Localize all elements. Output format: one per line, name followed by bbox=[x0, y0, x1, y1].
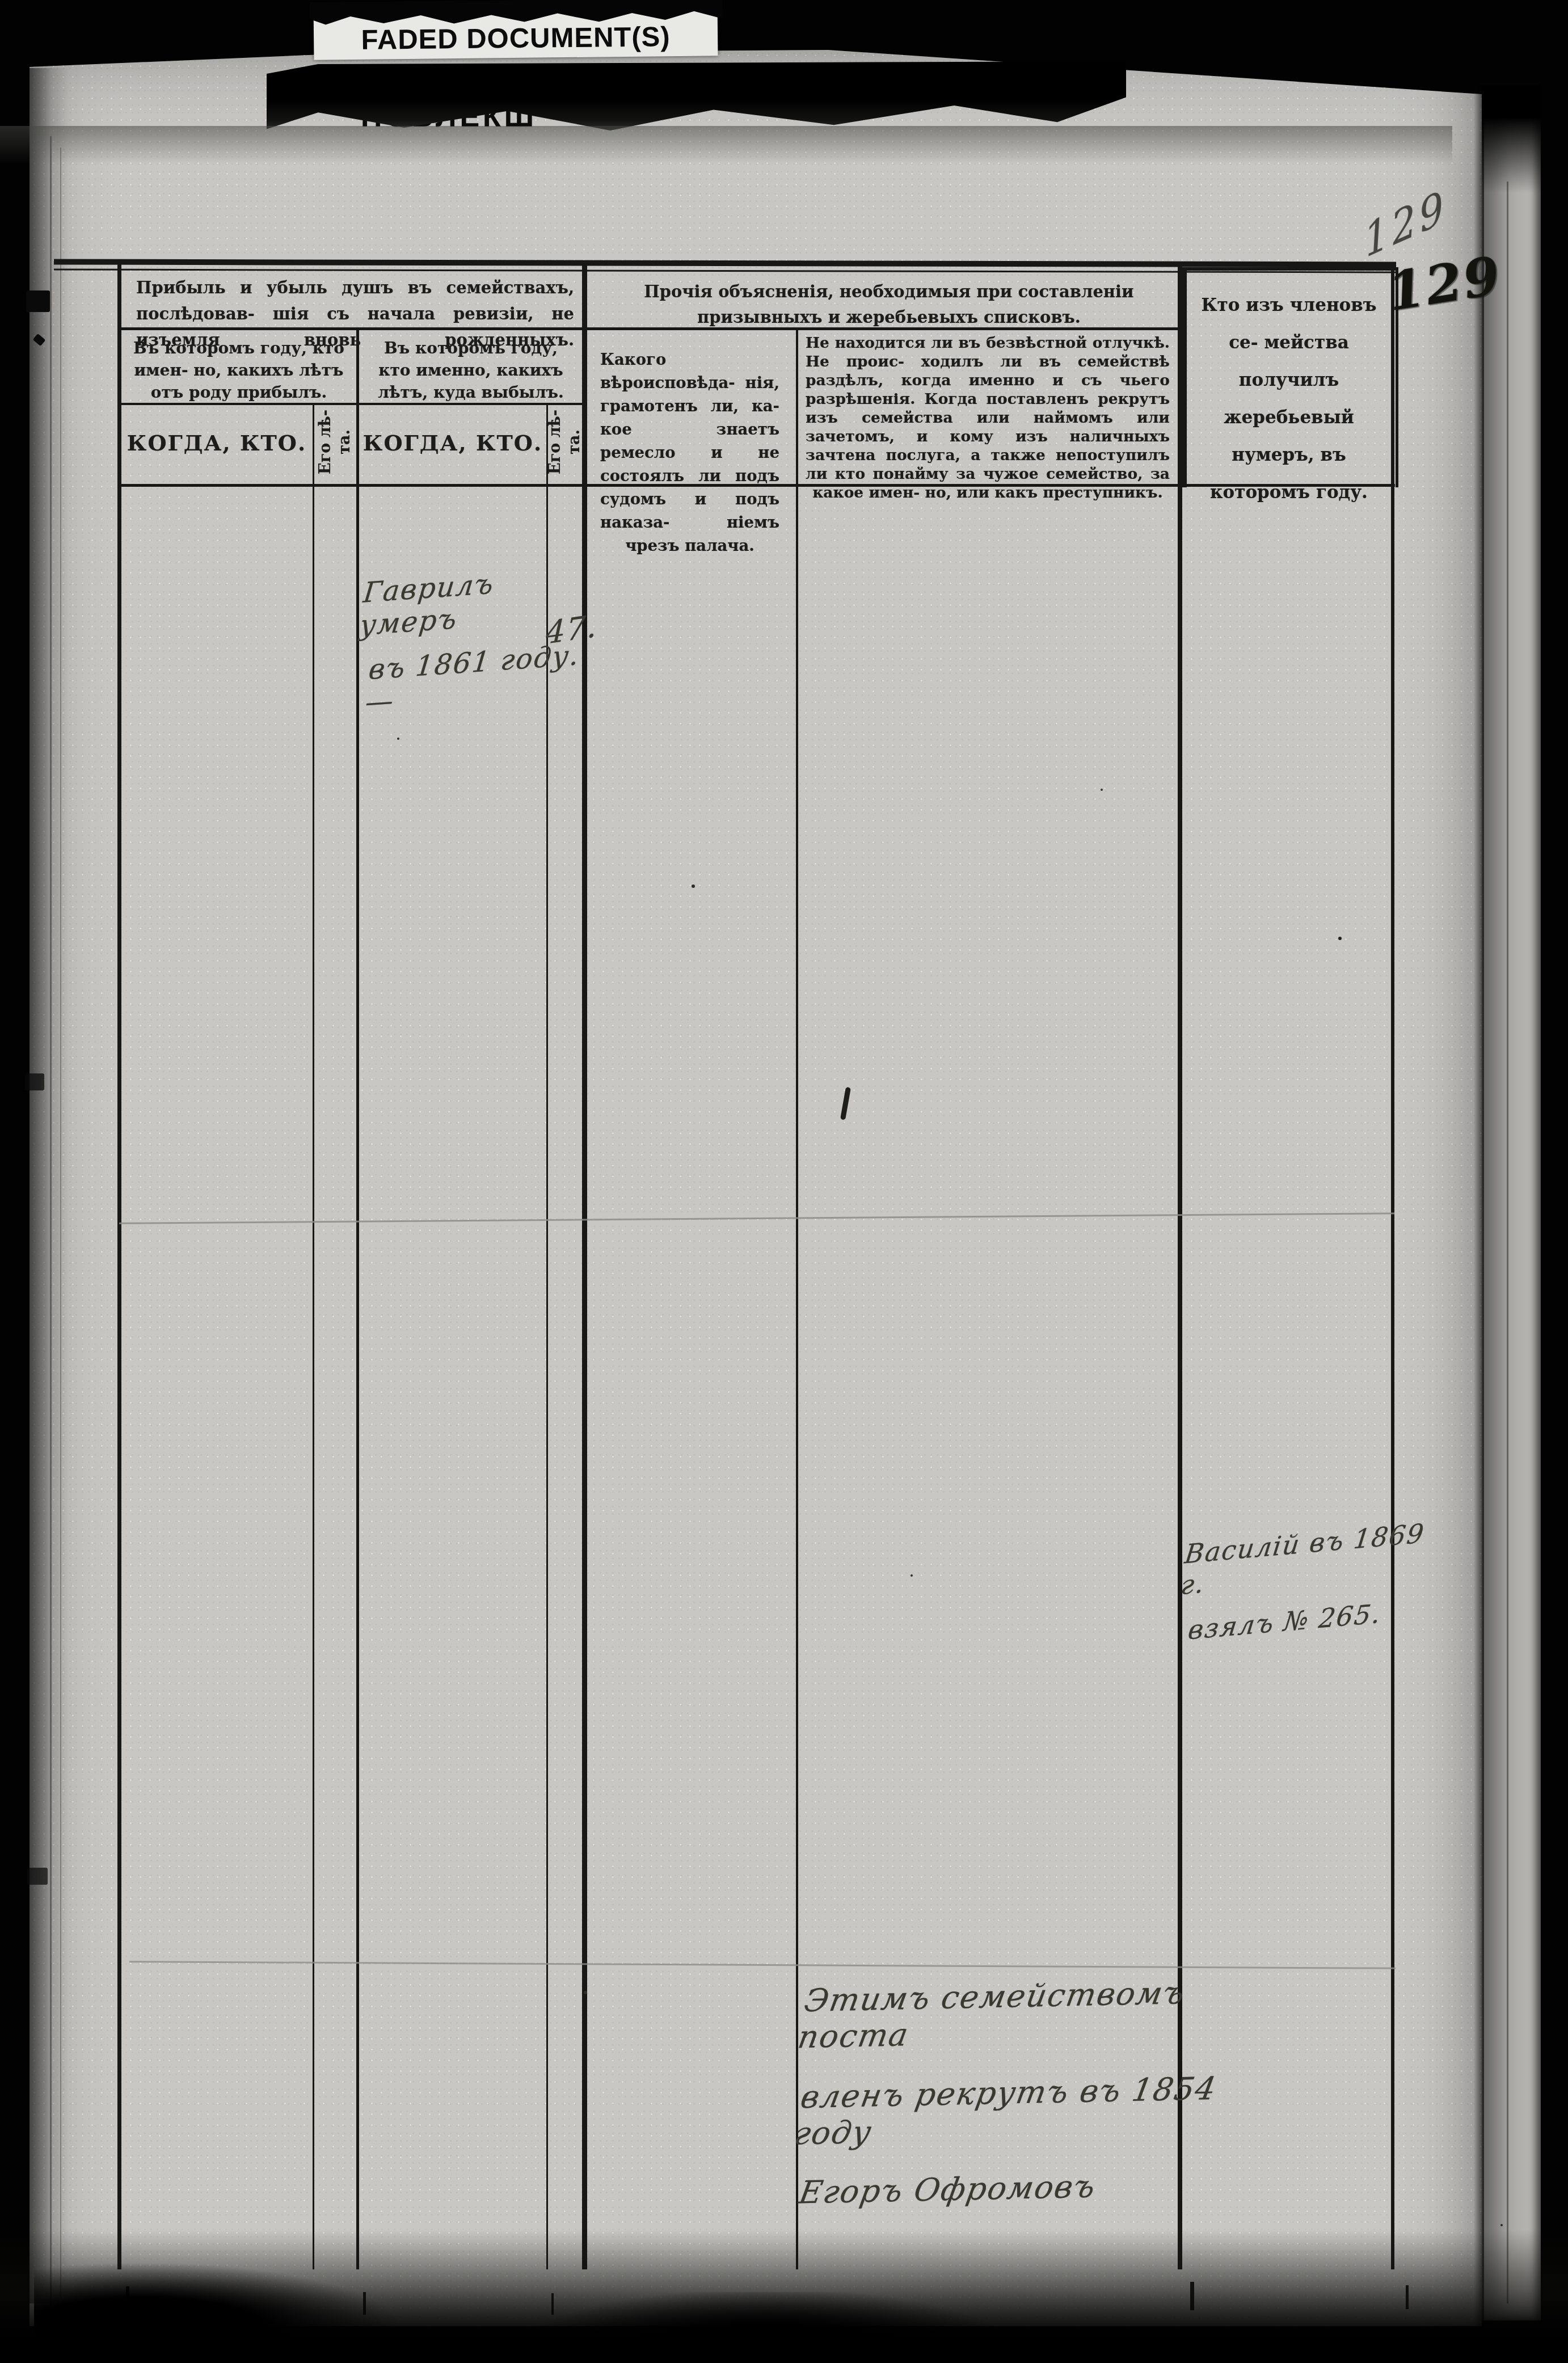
header-age-label-1: Его лѣ- та. bbox=[316, 399, 355, 485]
header-when-who-2: КОГДА, КТО. bbox=[359, 430, 546, 456]
handwritten-entry-recruit-note: Этимъ семействомъ поста вленъ рекрутъ въ… bbox=[801, 1973, 1248, 2210]
adjacent-page-crease-line bbox=[1507, 182, 1508, 2303]
binding-stitch-mark bbox=[26, 290, 50, 312]
header-when-who-1: КОГДА, КТО. bbox=[121, 430, 312, 456]
header-middle-title: Прочія объясненія, необходимыя при соста… bbox=[608, 279, 1170, 330]
bottom-left-tear bbox=[34, 2264, 397, 2337]
adjacent-page-shadow bbox=[1482, 85, 1541, 193]
bottom-tear bbox=[511, 2292, 1021, 2363]
header-age-label-2: Его лѣ- та. bbox=[546, 399, 584, 485]
binding-stitch-mark bbox=[27, 1868, 48, 1885]
column-rule bbox=[796, 329, 798, 2269]
recruit-note-line2: вленъ рекрутъ въ 1854 году bbox=[792, 2070, 1253, 2152]
departed-age-value: 47. bbox=[545, 608, 598, 651]
adjacent-page-edge bbox=[1482, 85, 1541, 2320]
binding-crease-line bbox=[50, 136, 52, 2309]
paper-specks bbox=[397, 738, 399, 740]
binding-crease bbox=[29, 68, 69, 2303]
header-right-title: Кто изъ членовъ се- мейства получилъ жер… bbox=[1194, 287, 1384, 511]
header-col-arrived: Въ которомъ году, кто имен- но, какихъ л… bbox=[129, 337, 348, 403]
label-text: FADED DOCUMENT(S) bbox=[314, 20, 718, 56]
column-rule bbox=[313, 404, 314, 2269]
recruit-note-line1: Этимъ семействомъ поста bbox=[795, 1973, 1250, 2055]
top-shadow-band bbox=[0, 126, 1452, 165]
faded-document-label: FADED DOCUMENT(S) bbox=[314, 1, 718, 60]
header-col-absence: Не находится ли въ безвѣстной отлучкѣ. Н… bbox=[806, 334, 1170, 502]
table-border-left bbox=[117, 264, 121, 2269]
header-col-departed: Въ которомъ году, кто именно, какихъ лѣт… bbox=[374, 337, 567, 403]
binding-stitch-mark bbox=[25, 1073, 44, 1090]
header-col-faith: Какого вѣроисповѣда- нія, грамотенъ ли, … bbox=[600, 348, 779, 558]
binding-crease-line bbox=[60, 148, 61, 2298]
section-rule bbox=[1178, 264, 1182, 2269]
column-rule bbox=[356, 328, 359, 2269]
header-right-box: Кто изъ членовъ се- мейства получилъ жер… bbox=[1182, 267, 1398, 487]
scanned-document: FADED DOCUMENT(S) ПОБЛЕКШ Прибыль и убыл… bbox=[0, 0, 1568, 2363]
page-edge-shadow bbox=[1474, 85, 1484, 2326]
